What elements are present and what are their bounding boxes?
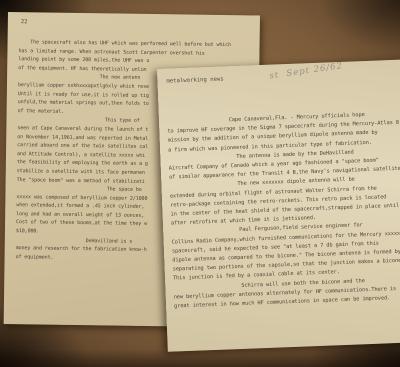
- page-header: metalworking news: [166, 76, 223, 84]
- typewritten-page-right: metalworking news st Sept 26/62 Cape Can…: [157, 59, 400, 352]
- handwritten-date-note: st Sept 26/62: [269, 61, 344, 81]
- right-page-text: Cape Canaveral,Fla. - Mercury officials …: [167, 109, 400, 348]
- page-number: 22: [21, 19, 28, 25]
